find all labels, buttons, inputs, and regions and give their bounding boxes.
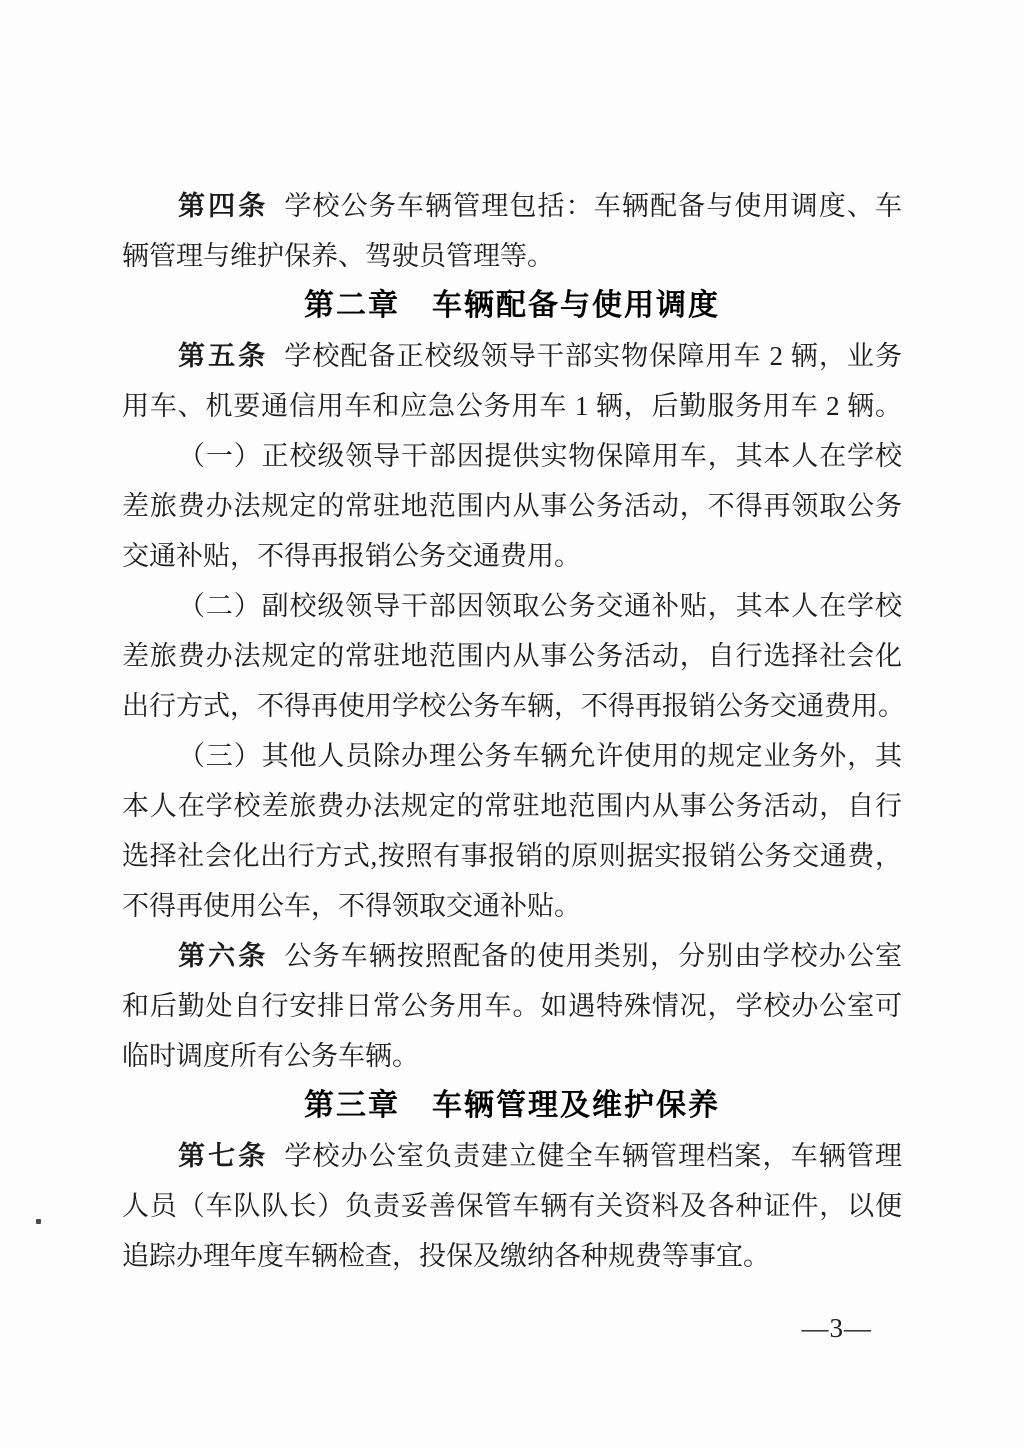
- text-line-content: （二）副校级领导干部因领取公务交通补贴，其本人在学校: [178, 591, 902, 621]
- text-line-content: 交通补贴，不得再报销公务交通费用。: [122, 541, 581, 571]
- text-line: 第五条学校配备正校级领导干部实物保障用车 2 辆，业务: [122, 331, 902, 381]
- text-line: 差旅费办法规定的常驻地范围内从事公务活动，不得再领取公务: [122, 481, 902, 531]
- text-line: 追踪办理年度车辆检查，投保及缴纳各种规费等事宜。: [122, 1231, 902, 1281]
- text-line-content: 用车、机要通信用车和应急公务用车 1 辆，后勤服务用车 2 辆。: [122, 391, 902, 421]
- text-line: 出行方式，不得再使用学校公务车辆，不得再报销公务交通费用。: [122, 681, 902, 731]
- page-number: —3—: [802, 1308, 873, 1348]
- article-number-bold: 第七条: [178, 1141, 268, 1171]
- text-line-content: 选择社会化出行方式,按照有事报销的原则据实报销公务交通费，: [122, 841, 902, 871]
- text-line: 交通补贴，不得再报销公务交通费用。: [122, 531, 902, 581]
- text-line: 本人在学校差旅费办法规定的常驻地范围内从事公务活动，自行: [122, 781, 902, 831]
- text-line-content: 辆管理与维护保养、驾驶员管理等。: [122, 241, 554, 271]
- text-line-content: 临时调度所有公务车辆。: [122, 1041, 419, 1071]
- paragraph-item-2: （二）副校级领导干部因领取公务交通补贴，其本人在学校 差旅费办法规定的常驻地范围…: [122, 581, 902, 731]
- text-line-content: 出行方式，不得再使用学校公务车辆，不得再报销公务交通费用。: [122, 691, 905, 721]
- text-line: 选择社会化出行方式,按照有事报销的原则据实报销公务交通费，: [122, 831, 902, 881]
- text-line-content: 不得再使用公车，不得领取交通补贴。: [122, 891, 581, 921]
- text-line: 人员（车队队长）负责妥善保管车辆有关资料及各种证件，以便: [122, 1181, 902, 1231]
- text-line: 差旅费办法规定的常驻地范围内从事公务活动，自行选择社会化: [122, 631, 902, 681]
- article-number-bold: 第五条: [178, 341, 268, 371]
- text-line: 不得再使用公车，不得领取交通补贴。: [122, 881, 902, 931]
- text-line-content: 人员（车队队长）负责妥善保管车辆有关资料及各种证件，以便: [122, 1191, 902, 1221]
- scan-artifact-speck: [36, 1219, 41, 1224]
- text-line-content: 学校办公室负责建立健全车辆管理档案，车辆管理: [284, 1141, 902, 1171]
- text-line-content: 和后勤处自行安排日常公务用车。如遇特殊情况，学校办公室可: [122, 991, 902, 1021]
- text-line: 第四条学校公务车辆管理包括：车辆配备与使用调度、车: [122, 181, 902, 231]
- text-line-content: 公务车辆按照配备的使用类别，分别由学校办公室: [284, 941, 902, 971]
- text-line: 辆管理与维护保养、驾驶员管理等。: [122, 231, 902, 281]
- document-body: 第四条学校公务车辆管理包括：车辆配备与使用调度、车 辆管理与维护保养、驾驶员管理…: [122, 181, 902, 1281]
- text-line-content: 学校配备正校级领导干部实物保障用车 2 辆，业务: [284, 341, 902, 371]
- text-line: （二）副校级领导干部因领取公务交通补贴，其本人在学校: [122, 581, 902, 631]
- paragraph-article-5: 第五条学校配备正校级领导干部实物保障用车 2 辆，业务 用车、机要通信用车和应急…: [122, 331, 902, 431]
- text-line: （三）其他人员除办理公务车辆允许使用的规定业务外，其: [122, 731, 902, 781]
- text-line: 和后勤处自行安排日常公务用车。如遇特殊情况，学校办公室可: [122, 981, 902, 1031]
- text-line-content: 本人在学校差旅费办法规定的常驻地范围内从事公务活动，自行: [122, 791, 902, 821]
- text-line-content: 差旅费办法规定的常驻地范围内从事公务活动，自行选择社会化: [122, 641, 902, 671]
- paragraph-item-3: （三）其他人员除办理公务车辆允许使用的规定业务外，其 本人在学校差旅费办法规定的…: [122, 731, 902, 931]
- text-line-content: 差旅费办法规定的常驻地范围内从事公务活动，不得再领取公务: [122, 491, 902, 521]
- text-line: 临时调度所有公务车辆。: [122, 1031, 902, 1081]
- text-line: 第六条公务车辆按照配备的使用类别，分别由学校办公室: [122, 931, 902, 981]
- text-line: （一）正校级领导干部因提供实物保障用车，其本人在学校: [122, 431, 902, 481]
- paragraph-article-4: 第四条学校公务车辆管理包括：车辆配备与使用调度、车 辆管理与维护保养、驾驶员管理…: [122, 181, 902, 281]
- text-line: 第七条学校办公室负责建立健全车辆管理档案，车辆管理: [122, 1131, 902, 1181]
- chapter-heading-3: 第三章 车辆管理及维护保养: [122, 1081, 902, 1131]
- text-line-content: （三）其他人员除办理公务车辆允许使用的规定业务外，其: [178, 741, 902, 771]
- paragraph-article-6: 第六条公务车辆按照配备的使用类别，分别由学校办公室 和后勤处自行安排日常公务用车…: [122, 931, 902, 1081]
- text-line: 用车、机要通信用车和应急公务用车 1 辆，后勤服务用车 2 辆。: [122, 381, 902, 431]
- article-number-bold: 第四条: [178, 191, 268, 221]
- chapter-heading-2: 第二章 车辆配备与使用调度: [122, 281, 902, 331]
- text-line-content: 追踪办理年度车辆检查，投保及缴纳各种规费等事宜。: [122, 1241, 770, 1271]
- scanned-document-page: 第四条学校公务车辆管理包括：车辆配备与使用调度、车 辆管理与维护保养、驾驶员管理…: [0, 0, 1024, 1448]
- article-number-bold: 第六条: [178, 941, 268, 971]
- paragraph-item-1: （一）正校级领导干部因提供实物保障用车，其本人在学校 差旅费办法规定的常驻地范围…: [122, 431, 902, 581]
- paragraph-article-7: 第七条学校办公室负责建立健全车辆管理档案，车辆管理 人员（车队队长）负责妥善保管…: [122, 1131, 902, 1281]
- text-line-content: （一）正校级领导干部因提供实物保障用车，其本人在学校: [178, 441, 902, 471]
- text-line-content: 学校公务车辆管理包括：车辆配备与使用调度、车: [284, 191, 902, 221]
